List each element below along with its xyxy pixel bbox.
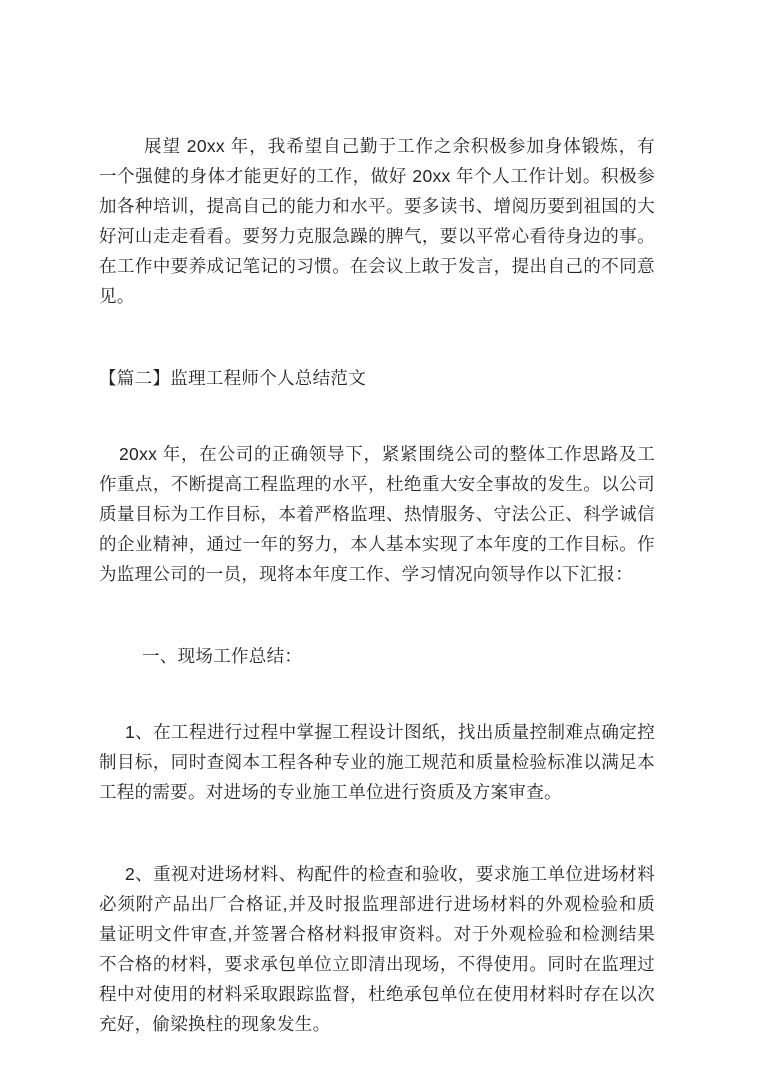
document-page: 展望 20xx 年，我希望自己勤于工作之余积极参加身体锻炼，有一个强健的身体才能… xyxy=(99,131,655,1039)
section-title-part2: 【篇二】监理工程师个人总结范文 xyxy=(99,363,655,393)
paragraph-company-leadership: 20xx 年，在公司的正确领导下，紧紧围绕公司的整体工作思路及工作重点，不断提高… xyxy=(99,439,655,589)
list-paragraph-item-2: 2、重视对进场材料、构配件的检查和验收，要求施工单位进场材料必须附产品出厂合格证… xyxy=(99,859,655,1039)
subsection-title-site-work-summary: 一、现场工作总结： xyxy=(99,641,655,671)
list-paragraph-item-1: 1、在工程进行过程中掌握工程设计图纸，找出质量控制难点确定控制目标，同时查阅本工… xyxy=(99,717,655,807)
paragraph-year-outlook: 展望 20xx 年，我希望自己勤于工作之余积极参加身体锻炼，有一个强健的身体才能… xyxy=(99,131,655,311)
